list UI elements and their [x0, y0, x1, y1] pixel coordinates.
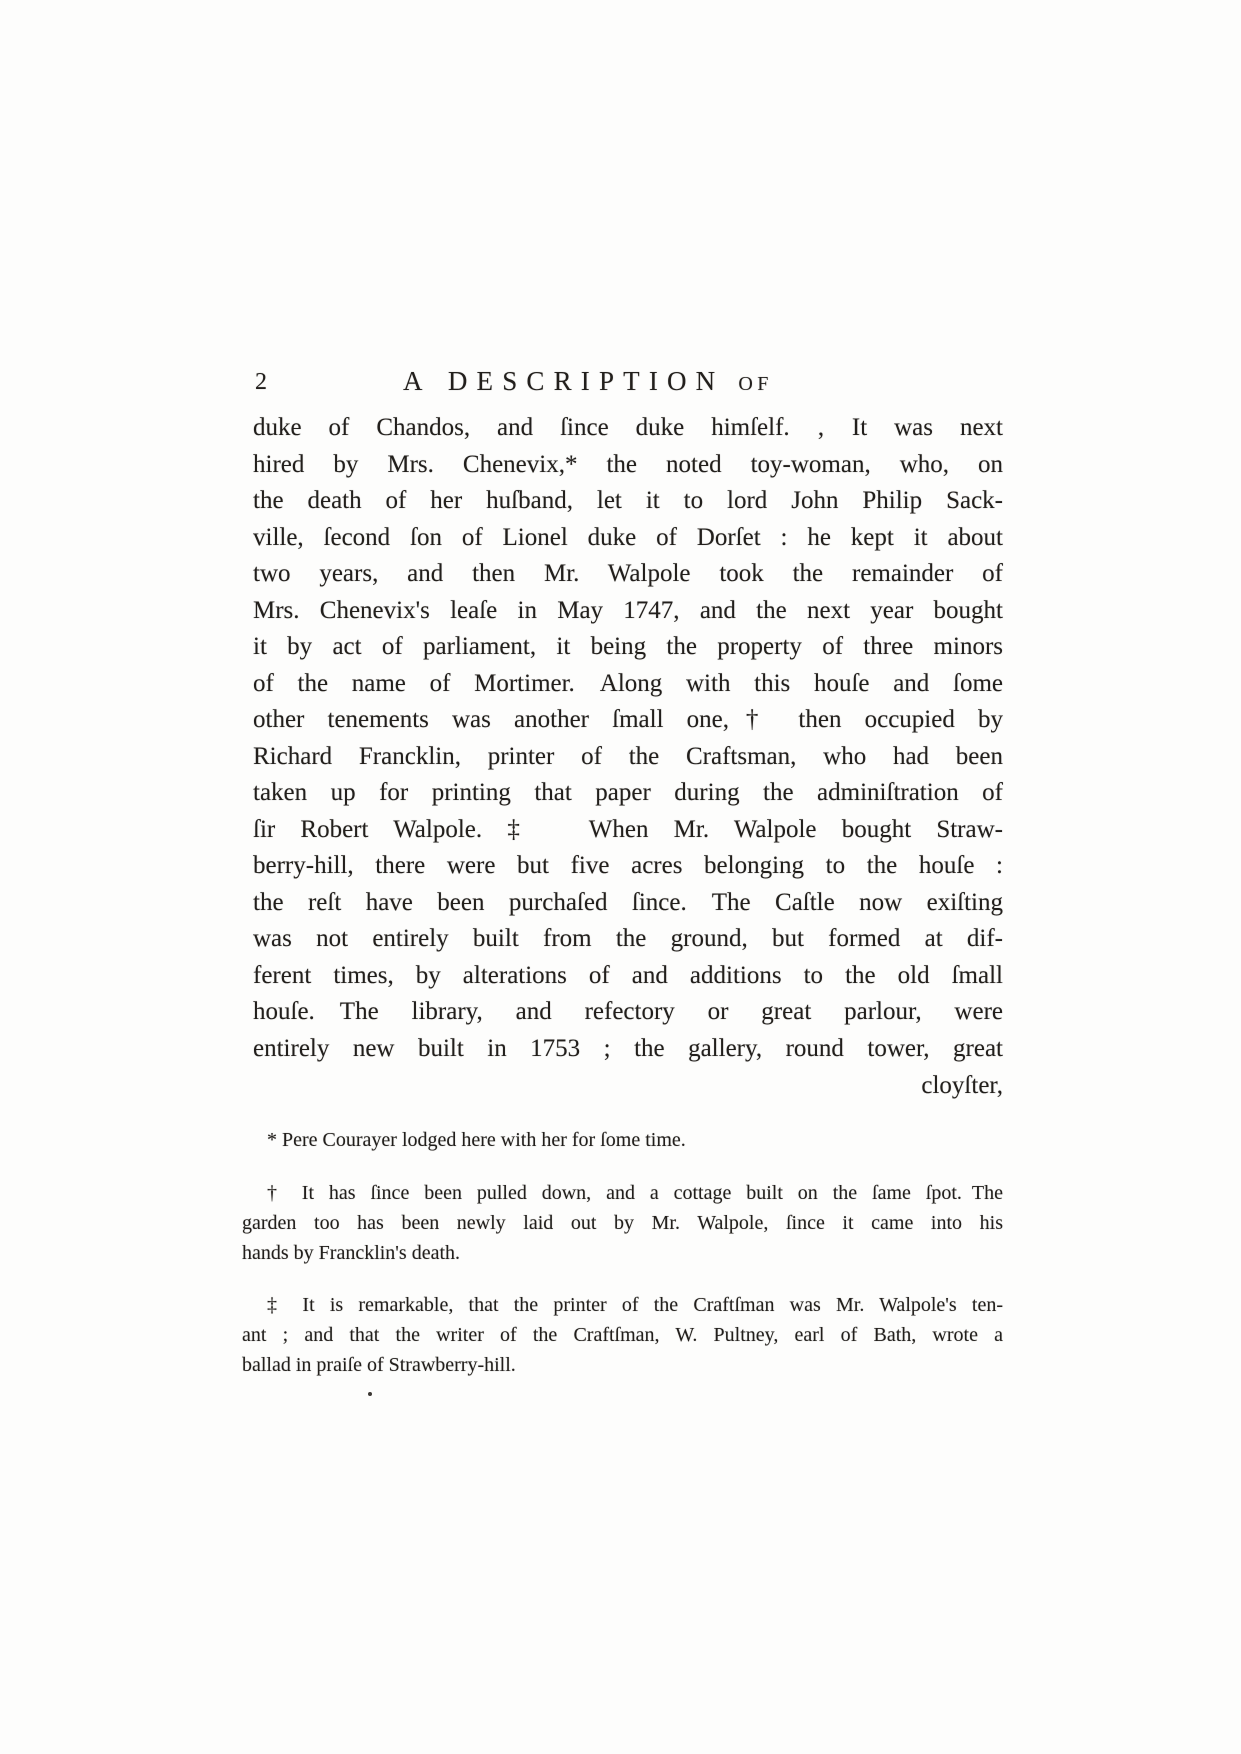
body-line: two years, and then Mr. Walpole took the…: [253, 556, 1003, 593]
header-article: A: [403, 366, 424, 397]
body-line: ferent times, by alterations of and addi…: [253, 958, 1003, 995]
footnote-line: ‡ It is remarkable, that the printer of …: [242, 1290, 1003, 1320]
body-line: duke of Chandos, and ſince duke himſelf.…: [253, 410, 1003, 447]
footnote-double-dagger: ‡ It is remarkable, that the printer of …: [242, 1290, 1003, 1380]
body-text: duke of Chandos, and ſince duke himſelf.…: [253, 410, 1003, 1106]
footnote-asterisk: * Pere Courayer lodged here with her for…: [242, 1125, 1003, 1155]
running-header-title: A DESCRIPTION OF: [403, 366, 773, 397]
header-preposition: OF: [738, 373, 772, 396]
body-line: hired by Mrs. Chenevix,* the noted toy-w…: [253, 447, 1003, 484]
body-line: ville, ſecond ſon of Lionel duke of Dorſ…: [253, 520, 1003, 557]
running-head: 2 A DESCRIPTION OF: [253, 366, 1003, 402]
body-line: it by act of parliament, it being the pr…: [253, 629, 1003, 666]
body-line: berry-hill, there were but five acres be…: [253, 848, 1003, 885]
footnote-line: † It has ſince been pulled down, and a c…: [242, 1178, 1003, 1208]
ink-speck: [368, 1392, 372, 1396]
body-line: other tenements was another ſmall one,† …: [253, 702, 1003, 739]
body-line: Richard Francklin, printer of the Crafts…: [253, 739, 1003, 776]
footnote-line: garden too has been newly laid out by Mr…: [242, 1208, 1003, 1238]
footnote-line: ballad in praiſe of Strawberry-hill.: [242, 1350, 1003, 1380]
footnote-dagger: † It has ſince been pulled down, and a c…: [242, 1178, 1003, 1268]
body-line: of the name of Mortimer. Along with this…: [253, 666, 1003, 703]
body-line: ſir Robert Walpole. ‡ When Mr. Walpole b…: [253, 812, 1003, 849]
book-page: 2 A DESCRIPTION OF duke of Chandos, and …: [0, 0, 1241, 1754]
body-line: the death of her huſband, let it to lord…: [253, 483, 1003, 520]
page-number: 2: [255, 369, 267, 396]
footnote-line: hands by Francklin's death.: [242, 1238, 1003, 1268]
body-line: the reſt have been purchaſed ſince. The …: [253, 885, 1003, 922]
body-line: taken up for printing that paper during …: [253, 775, 1003, 812]
catchword: cloyſter,: [253, 1067, 1003, 1106]
footnote-line: * Pere Courayer lodged here with her for…: [242, 1125, 1003, 1155]
body-line: entirely new built in 1753 ; the gallery…: [253, 1031, 1003, 1068]
footnote-line: ant ; and that the writer of the Craftſm…: [242, 1320, 1003, 1350]
body-line: houſe. The library, and refectory or gre…: [253, 994, 1003, 1031]
header-title-word: DESCRIPTION: [448, 366, 725, 397]
body-line: was not entirely built from the ground, …: [253, 921, 1003, 958]
body-line: Mrs. Chenevix's leaſe in May 1747, and t…: [253, 593, 1003, 630]
